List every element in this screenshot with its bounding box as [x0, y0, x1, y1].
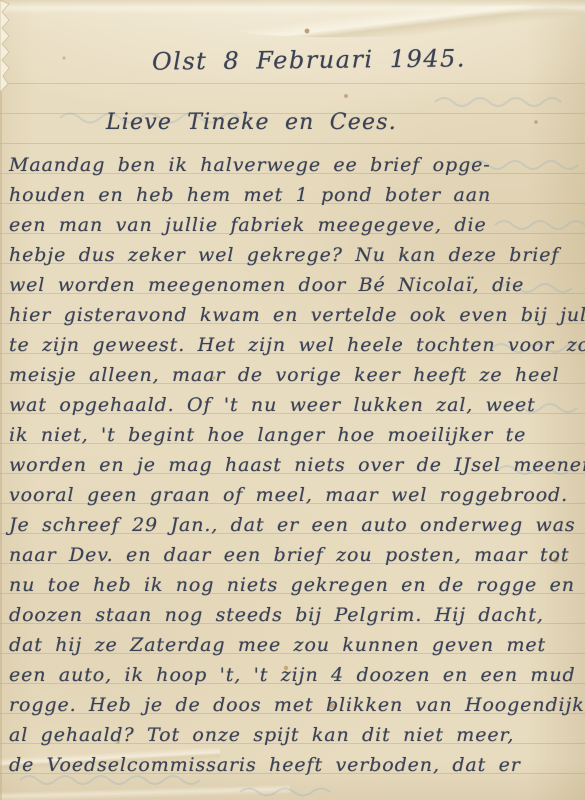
- letter-line: vooral geen graan of meel, maar wel rogg…: [9, 480, 585, 510]
- letter-line: Je schreef 29 Jan., dat er een auto onde…: [9, 510, 585, 540]
- letter-line: naar Dev. en daar een brief zou posten, …: [9, 540, 585, 570]
- letter-scan: { "letter": { "dateline": "Olst 8 Februa…: [0, 0, 585, 800]
- letter-line: hebje dus zeker wel gekrege? Nu kan deze…: [9, 240, 585, 270]
- letter-salutation: Lieve Tineke en Cees.: [106, 110, 397, 135]
- scanned-letter-page: Olst 8 Februari 1945. Lieve Tineke en Ce…: [0, 0, 585, 800]
- letter-line: Maandag ben ik halverwege ee brief opge-: [9, 150, 585, 180]
- letter-line: rogge. Heb je de doos met blikken van Ho…: [9, 690, 585, 720]
- letter-line: een man van jullie fabriek meegegeve, di…: [9, 210, 585, 240]
- letter-line: ik niet, 't begint hoe langer hoe moeili…: [9, 420, 585, 450]
- letter-line: wel worden meegenomen door Bé Nicolaï, d…: [9, 270, 585, 300]
- letter-line: al gehaald? Tot onze spijt kan dit niet …: [9, 720, 585, 750]
- letter-line: worden en je mag haast niets over de IJs…: [9, 450, 585, 480]
- paper-crease: [0, 0, 585, 14]
- letter-line: de Voedselcommissaris heeft verboden, da…: [9, 750, 585, 780]
- letter-line: dat hij ze Zaterdag mee zou kunnen geven…: [9, 630, 585, 660]
- letter-dateline: Olst 8 Februari 1945.: [152, 44, 466, 75]
- letter-line: wat opgehaald. Of 't nu weer lukken zal,…: [9, 390, 585, 420]
- letter-body: Maandag ben ik halverwege ee brief opge-…: [9, 150, 585, 780]
- letter-line: meisje alleen, maar de vorige keer heeft…: [9, 360, 585, 390]
- letter-line: houden en heb hem met 1 pond boter aan: [9, 180, 585, 210]
- letter-line: hier gisteravond kwam en vertelde ook ev…: [9, 300, 585, 330]
- letter-line: een auto, ik hoop 't, 't zijn 4 doozen e…: [9, 660, 585, 690]
- letter-line: te zijn geweest. Het zijn wel heele toch…: [9, 330, 585, 360]
- letter-line: nu toe heb ik nog niets gekregen en de r…: [9, 570, 585, 600]
- letter-line: doozen staan nog steeds bij Pelgrim. Hij…: [9, 600, 585, 630]
